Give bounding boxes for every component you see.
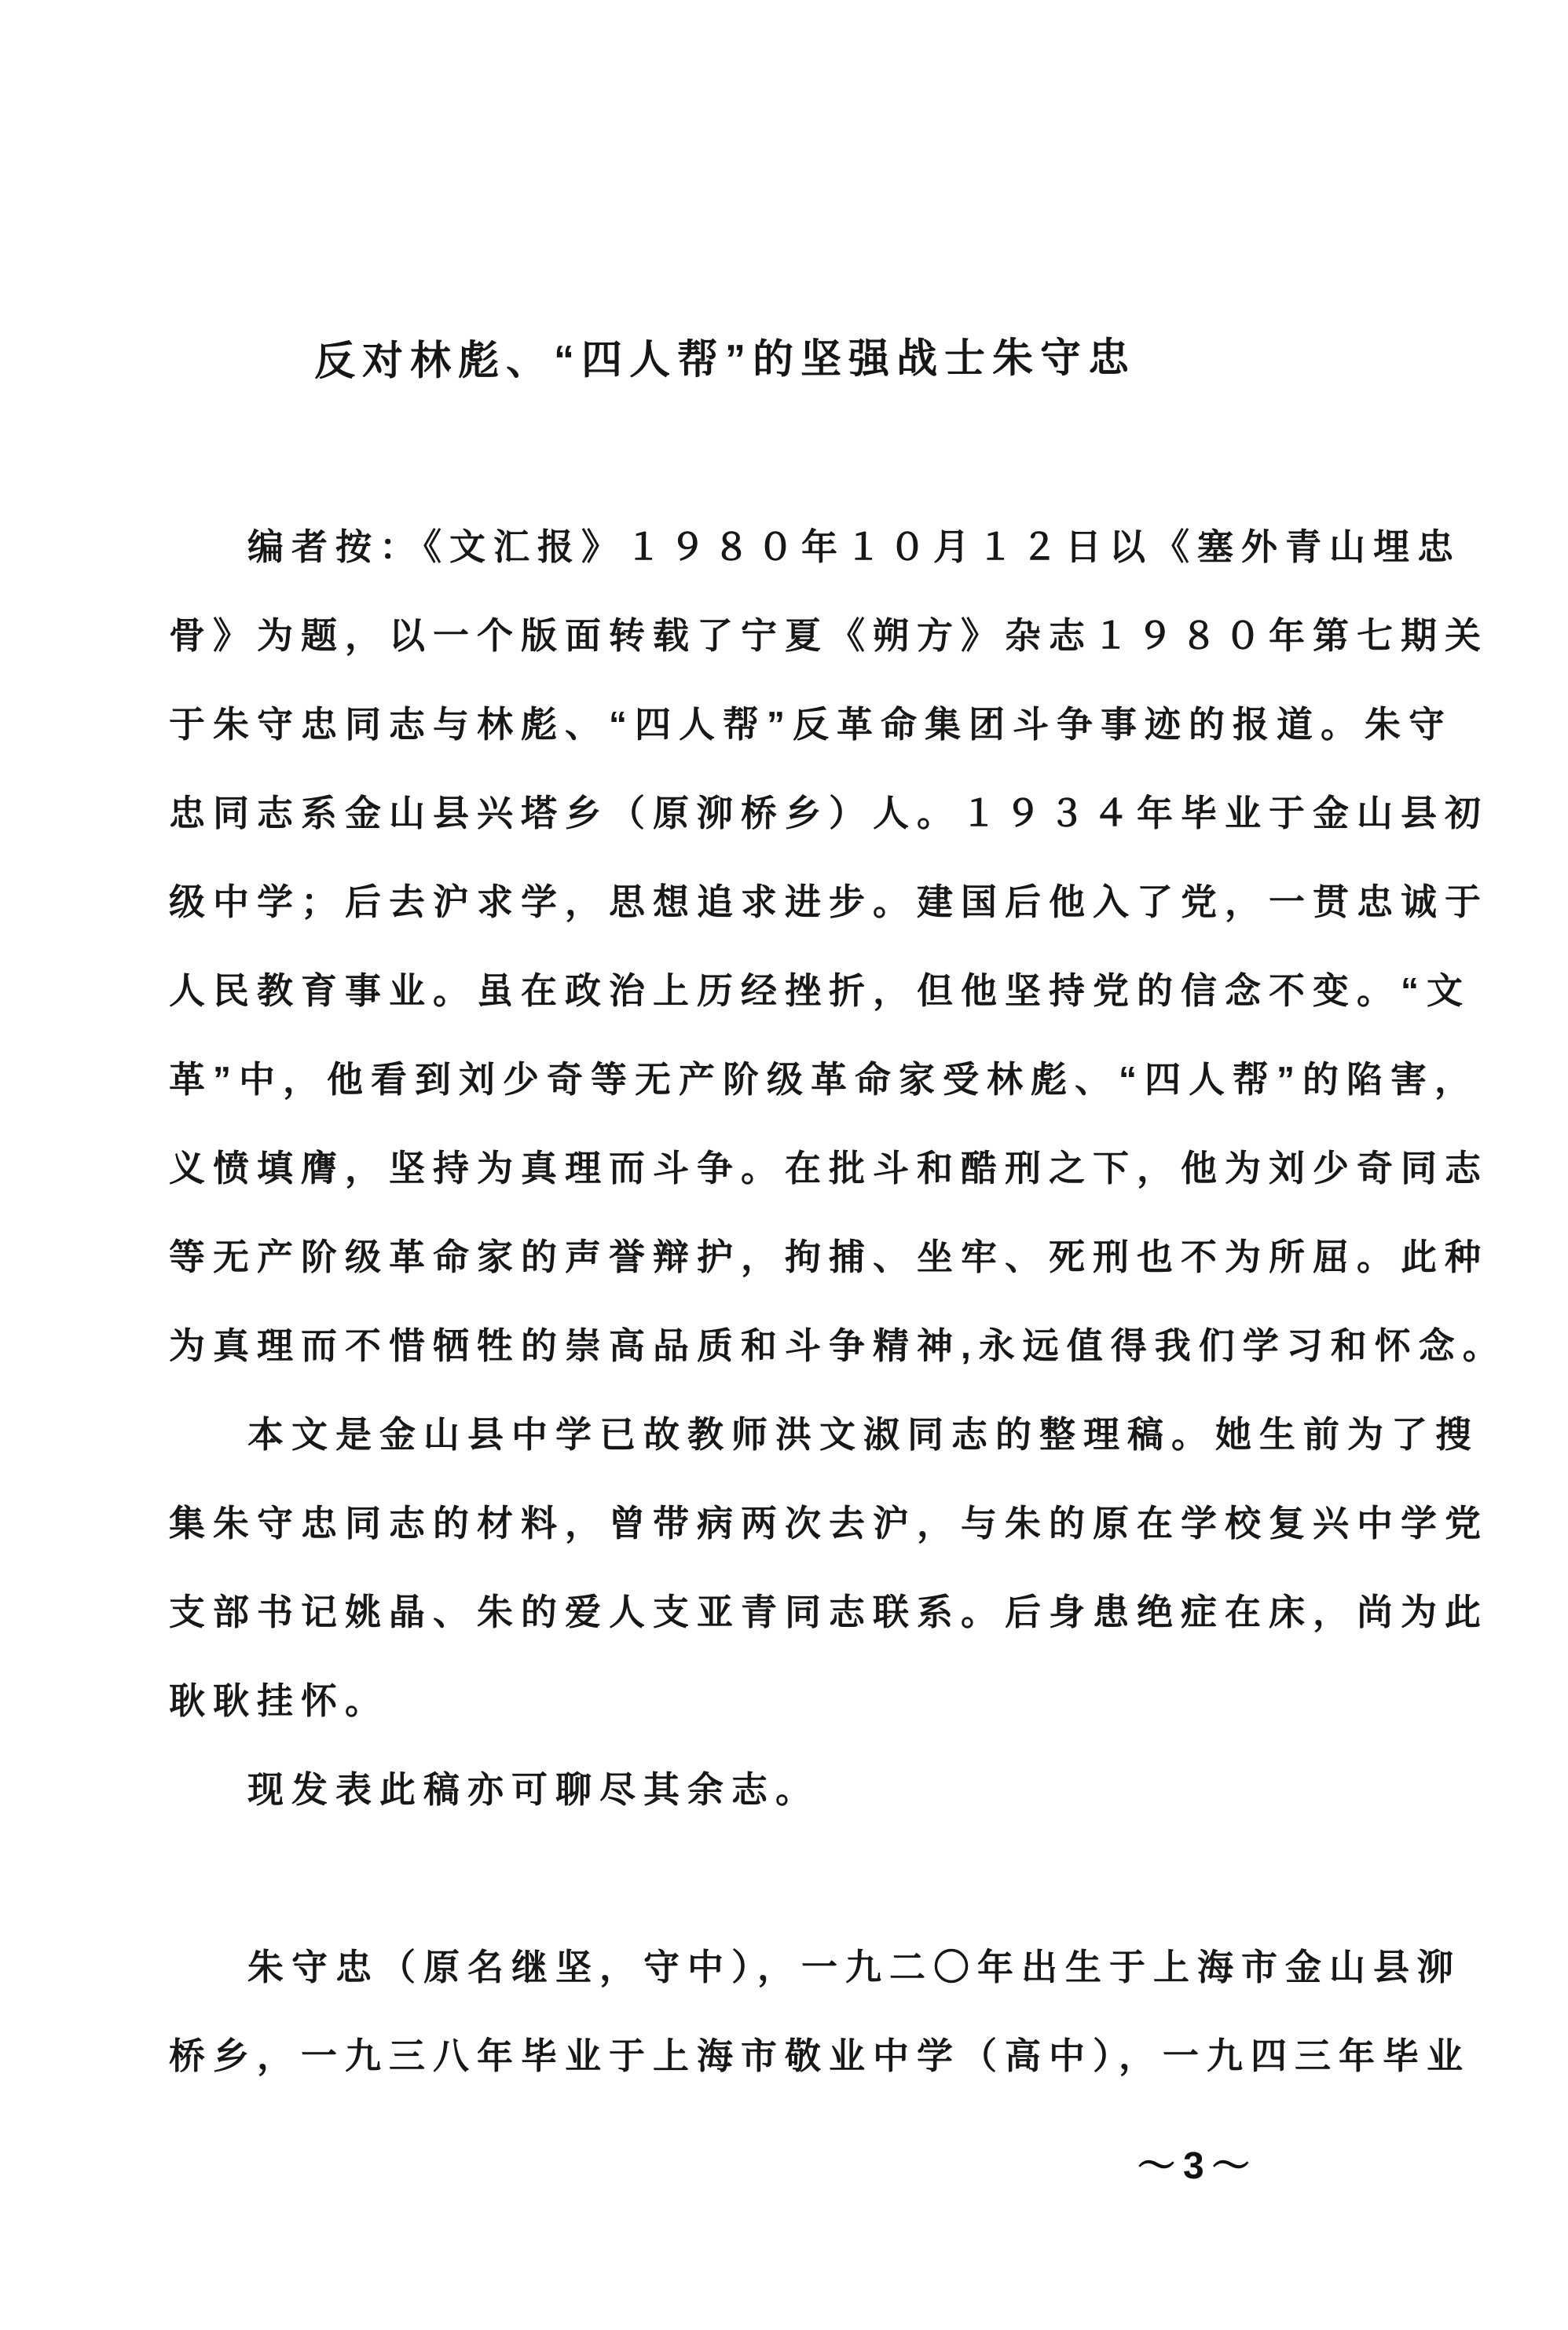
text-line: 忠同志系金山县兴塔乡（原泖桥乡）人。１９３４年毕业于金山县初 [169,769,1434,858]
text-line: 本文是金山县中学已故教师洪文淑同志的整理稿。她生前为了搜 [169,1390,1434,1479]
text-line: 编者按：《文汇报》１９８０年１０月１２日以《塞外青山埋忠 [169,503,1434,592]
document-title: 反对林彪、“四人帮”的坚强战士朱守忠 [314,324,1136,387]
text-line: 骨》为题，以一个版面转载了宁夏《朔方》杂志１９８０年第七期关 [169,592,1434,680]
text-line: 朱守忠（原名继坚，守中），一九二〇年出生于上海市金山县泖 [169,1923,1434,2012]
text-line: 级中学；后去沪求学，思想追求进步。建国后他入了党，一贯忠诚于 [169,858,1434,947]
text-line: 支部书记姚晶、朱的爱人支亚青同志联系。后身患绝症在床，尚为此 [169,1568,1434,1657]
page-number: ～3～ [1138,2135,1258,2189]
document-page: 反对林彪、“四人帮”的坚强战士朱守忠 编者按：《文汇报》１９８０年１０月１２日以… [0,0,1568,2330]
text-line: 耿耿挂怀。 [169,1657,1434,1746]
text-line: 人民教育事业。虽在政治上历经挫折，但他坚持党的信念不变。“文 [169,947,1434,1035]
text-line: 集朱守忠同志的材料，曾带病两次去沪，与朱的原在学校复兴中学党 [169,1479,1434,1568]
text-line: 为真理而不惜牺牲的崇高品质和斗争精神,永远值得我们学习和怀念。 [169,1302,1434,1390]
text-line: 等无产阶级革命家的声誉辩护，拘捕、坐牢、死刑也不为所屈。此种 [169,1213,1434,1302]
text-line: 桥乡，一九三八年毕业于上海市敬业中学（高中），一九四三年毕业 [169,2012,1434,2101]
text-line: 于朱守忠同志与林彪、“四人帮”反革命集团斗争事迹的报道。朱守 [169,680,1434,769]
document-body: 编者按：《文汇报》１９８０年１０月１２日以《塞外青山埋忠骨》为题，以一个版面转载… [169,503,1434,2101]
text-line: 现发表此稿亦可聊尽其余志。 [169,1746,1434,1834]
text-line: 义愤填膺，坚持为真理而斗争。在批斗和酷刑之下，他为刘少奇同志 [169,1124,1434,1213]
text-line: 革”中，他看到刘少奇等无产阶级革命家受林彪、“四人帮”的陷害， [169,1035,1434,1124]
